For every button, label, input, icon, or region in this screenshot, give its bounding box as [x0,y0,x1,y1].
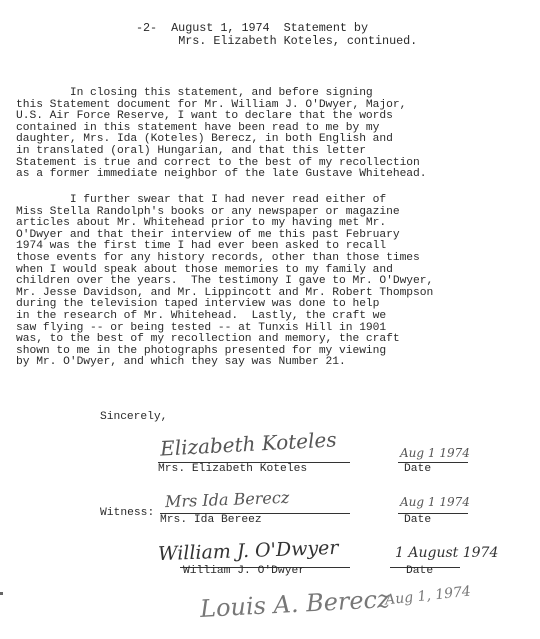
page-header: -2- August 1, 1974 Statement by Mrs. Eli… [136,22,417,47]
typed-name-berecz: Mrs. Ida Bereez [160,514,262,526]
typed-name-koteles: Mrs. Elizabeth Koteles [158,463,307,475]
text-line: In closing this statement, and before si… [16,88,426,100]
date-label: Date [404,463,431,475]
handwritten-date-odwyer: 1 August 1974 [395,545,498,561]
text-line: I further swear that I had never read ei… [16,195,433,207]
date-label: Date [406,565,433,577]
text-line: by Mr. O'Dwyer, and which they say was N… [16,357,433,369]
text-line: in translated (oral) Hungarian, and that… [16,146,426,158]
handwritten-date-koteles: Aug 1 1974 [400,446,470,460]
closing-salutation: Sincerely, [100,412,167,424]
handwritten-signature-berecz: Mrs Ida Berecz [165,488,290,511]
handwritten-signature-odwyer: William J. O'Dwyer [158,537,339,565]
sworn-statement-paragraph: I further swear that I had never read ei… [16,195,433,369]
typed-name-odwyer: William J. O'Dwyer [183,565,305,577]
date-label: Date [404,514,431,526]
closing-statement-paragraph: In closing this statement, and before si… [16,88,426,181]
text-line: in the research of Mr. Whitehead. Lastly… [16,311,433,323]
text-line: was, to the best of my recollection and … [16,334,433,346]
handwritten-date-louis-berecz: Aug 1, 1974 [384,584,471,609]
text-line: children over the years. The testimony I… [16,276,433,288]
handwritten-signature-louis-berecz: Louis A. Berecz [199,585,390,623]
text-line: those events for any history records, ot… [16,253,433,265]
handwritten-date-berecz: Aug 1 1974 [400,495,470,509]
handwritten-signature-koteles: Elizabeth Koteles [159,427,337,460]
witness-label: Witness: [100,507,154,519]
document-page: -2- August 1, 1974 Statement by Mrs. Eli… [0,0,540,639]
text-line: as a former immediate neighbor of the la… [16,169,426,181]
page-number: -2- [136,21,157,35]
header-line-2: Mrs. Elizabeth Koteles, continued. [178,34,417,48]
margin-mark [0,592,3,595]
